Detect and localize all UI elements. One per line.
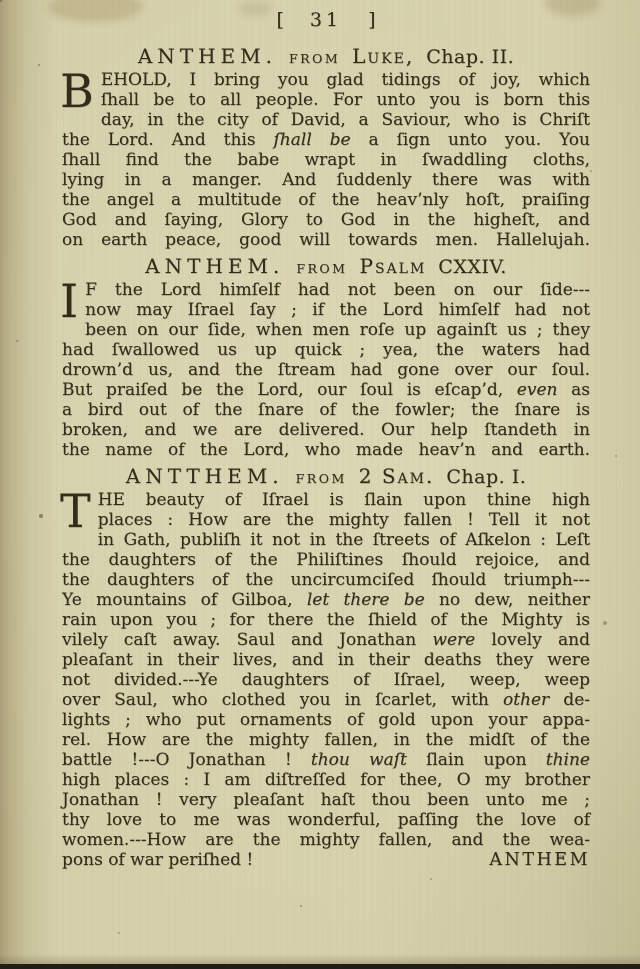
anthem-section-psalm: ANTHEM. FROM Psalm CXXIV. IF the Lord hi…	[62, 254, 590, 460]
book-page-scan: [31] ANTHEM. FROM Luke, Chap. II. BEHOLD…	[0, 0, 640, 969]
final-line-with-catchword: pons of war periſhed ! ANTHEM	[62, 850, 590, 870]
text-line: on earth peace, good will towards men. H…	[62, 230, 590, 250]
text-line: the daughters of the uncircumciſed ſhoul…	[62, 570, 590, 590]
text-line: Ye mountains of Gilboa, let there be no …	[62, 590, 590, 610]
anthem-text-psalm: IF the Lord himſelf had not been on our …	[62, 280, 590, 460]
text-line: Jonathan ! very pleaſant haſt thou been …	[62, 790, 590, 810]
text-segment: pleaſant in their lives, and in their de…	[62, 650, 590, 670]
text-line: thy love to me was wonderful, paſſing th…	[62, 810, 590, 830]
text-line: battle !---O Jonathan ! thou waſt ſlain …	[62, 750, 590, 770]
text-line: lying in a manger. And ſuddenly there wa…	[62, 170, 590, 190]
heading-source-book: 2 Sam.	[359, 464, 435, 488]
heading-source-book: Luke,	[352, 44, 414, 68]
text-segment: rel. How are the mighty fallen, in the m…	[62, 730, 590, 750]
text-line: But praiſed be the Lord, our ſoul is eſc…	[62, 380, 590, 400]
text-line: ſhall be to all people. For unto you is …	[62, 90, 590, 110]
text-segment: thy love to me was wonderful, paſſing th…	[62, 810, 590, 830]
text-segment: now may Iſrael ſay ; if the Lord himſelf…	[85, 300, 590, 320]
text-segment: ſhall be	[274, 130, 351, 150]
text-segment: let there be	[307, 590, 425, 610]
text-segment: lights ; who put ornaments of gold upon …	[62, 710, 590, 730]
text-line: drown’d us, and the ſtream had gone over…	[62, 360, 590, 380]
text-segment: had ſwallowed us up quick ; yea, the wat…	[62, 340, 590, 360]
page-number-header: [31]	[62, 8, 590, 32]
text-segment: de-	[549, 690, 590, 710]
text-segment: pons of war periſhed !	[62, 850, 253, 870]
text-segment: But praiſed be the Lord, our ſoul is eſc…	[62, 380, 517, 400]
text-segment: no dew, neither	[425, 590, 590, 610]
text-line: not divided.---Ye daughters of Iſrael, w…	[62, 670, 590, 690]
heading-chapter: Chap. I.	[446, 465, 526, 489]
text-segment: in Gath, publiſh it not in the ſtreets o…	[98, 530, 590, 550]
text-segment: a ſign unto you. You	[351, 130, 590, 150]
text-line: a bird out of the ſnare of the fowler; t…	[62, 400, 590, 420]
heading-word-from: FROM	[289, 47, 340, 71]
heading-source-book: Psalm	[359, 254, 426, 278]
text-segment: vilely caſt away. Saul and Jonathan	[62, 630, 432, 650]
text-segment: a bird out of the ſnare of the fowler; t…	[62, 400, 590, 420]
text-segment: rain upon you ; for there the ſhield of …	[62, 610, 590, 630]
folio-bracket-close: ]	[368, 9, 375, 31]
text-line: places : How are the mighty fallen ! Tel…	[62, 510, 590, 530]
text-segment: drown’d us, and the ſtream had gone over…	[62, 360, 590, 380]
text-segment: lying in a manger. And ſuddenly there wa…	[62, 170, 590, 190]
text-line: pleaſant in their lives, and in their de…	[62, 650, 590, 670]
text-line: God and ſaying, Glory to God in the high…	[62, 210, 590, 230]
text-segment: God and ſaying, Glory to God in the high…	[62, 210, 590, 230]
heading-word-anthem: ANTTHEM.	[126, 464, 284, 488]
text-line: in Gath, publiſh it not in the ſtreets o…	[62, 530, 590, 550]
text-line: the name of the Lord, who made heav’n an…	[62, 440, 590, 460]
text-segment: the angel a multitude of the heav’nly ho…	[62, 190, 590, 210]
text-segment: the name of the Lord, who made heav’n an…	[62, 440, 590, 460]
text-segment: were	[432, 630, 475, 650]
text-segment: places : How are the mighty fallen ! Tel…	[98, 510, 590, 530]
text-segment: Ye mountains of Gilboa,	[62, 590, 307, 610]
text-line: HE beauty of Iſrael is ſlain upon thine …	[62, 490, 590, 510]
heading-word-anthem: ANTHEM.	[138, 44, 277, 68]
text-segment: ſhall be to all people. For unto you is …	[101, 90, 590, 110]
drop-cap: T	[60, 490, 98, 533]
text-segment: lovely and	[475, 630, 590, 650]
text-segment: thou waſt	[311, 750, 407, 770]
text-line: women.---How are the mighty fallen, and …	[62, 830, 590, 850]
text-segment: Jonathan ! very pleaſant haſt thou been …	[62, 790, 590, 810]
folio-number: 31	[310, 9, 342, 31]
heading-word-from: FROM	[296, 257, 347, 281]
text-line: lights ; who put ornaments of gold upon …	[62, 710, 590, 730]
text-segment: the Lord. And this	[62, 130, 274, 150]
heading-chapter: CXXIV.	[438, 255, 507, 279]
drop-cap: I	[60, 280, 85, 323]
text-segment: thine	[546, 750, 590, 770]
text-segment: other	[503, 690, 549, 710]
anthem-heading-psalm: ANTHEM. FROM Psalm CXXIV.	[62, 254, 590, 278]
text-line: vilely caſt away. Saul and Jonathan were…	[62, 630, 590, 650]
text-segment: been on our ſide, when men roſe up again…	[85, 320, 590, 340]
anthem-text-luke: BEHOLD, I bring you glad tidings of joy,…	[62, 70, 590, 250]
text-segment: ſhall find the babe wrapt in ſwaddling c…	[62, 150, 590, 170]
heading-word-anthem: ANTHEM.	[145, 254, 284, 278]
text-line: day, in the city of David, a Saviour, wh…	[62, 110, 590, 130]
paper-specks	[0, 0, 2, 2]
text-line: the Lord. And this ſhall be a ſign unto …	[62, 130, 590, 150]
text-segment: not divided.---Ye daughters of Iſrael, w…	[62, 670, 590, 690]
page-bottom-edge	[0, 964, 640, 969]
text-segment: on earth peace, good will towards men. H…	[62, 230, 590, 250]
text-segment: EHOLD, I bring you glad tidings of joy, …	[101, 70, 590, 90]
text-segment: women.---How are the mighty fallen, and …	[62, 830, 590, 850]
text-segment: the daughters of the uncircumciſed ſhoul…	[62, 570, 590, 590]
text-block: [31] ANTHEM. FROM Luke, Chap. II. BEHOLD…	[62, 8, 590, 870]
anthem-text-samuel: THE beauty of Iſrael is ſlain upon thine…	[62, 490, 590, 850]
text-segment: over Saul, who clothed you in ſcarlet, w…	[62, 690, 503, 710]
text-line: rain upon you ; for there the ſhield of …	[62, 610, 590, 630]
text-line: the angel a multitude of the heav’nly ho…	[62, 190, 590, 210]
text-line: rel. How are the mighty fallen, in the m…	[62, 730, 590, 750]
text-segment: the daughters of the Philiſtines ſhould …	[62, 550, 590, 570]
drop-cap: B	[60, 70, 101, 113]
text-segment: even	[517, 380, 558, 400]
text-line: EHOLD, I bring you glad tidings of joy, …	[62, 70, 590, 90]
text-segment: high places : I am diſtreſſed for thee, …	[62, 770, 590, 790]
text-line: over Saul, who clothed you in ſcarlet, w…	[62, 690, 590, 710]
text-line: F the Lord himſelf had not been on our ſ…	[62, 280, 590, 300]
text-segment: as	[557, 380, 590, 400]
text-segment: day, in the city of David, a Saviour, wh…	[101, 110, 590, 130]
page-bottom-shadow	[0, 954, 640, 964]
text-line: now may Iſrael ſay ; if the Lord himſelf…	[62, 300, 590, 320]
heading-word-from: FROM	[296, 467, 347, 491]
text-segment: F the Lord himſelf had not been on our ſ…	[85, 280, 590, 300]
text-line: broken, and we are delivered. Our help ſ…	[62, 420, 590, 440]
text-segment: ſlain upon	[407, 750, 546, 770]
anthem-heading-samuel: ANTTHEM. FROM 2 Sam. Chap. I.	[62, 464, 590, 488]
text-segment: broken, and we are delivered. Our help ſ…	[62, 420, 590, 440]
text-segment: HE beauty of Iſrael is ſlain upon thine …	[98, 490, 590, 510]
catchword: ANTHEM	[489, 850, 590, 870]
text-line: ſhall find the babe wrapt in ſwaddling c…	[62, 150, 590, 170]
text-line: high places : I am diſtreſſed for thee, …	[62, 770, 590, 790]
text-line: the daughters of the Philiſtines ſhould …	[62, 550, 590, 570]
anthem-section-luke: ANTHEM. FROM Luke, Chap. II. BEHOLD, I b…	[62, 44, 590, 250]
text-line: had ſwallowed us up quick ; yea, the wat…	[62, 340, 590, 360]
folio-bracket-open: [	[276, 9, 283, 31]
anthem-heading-luke: ANTHEM. FROM Luke, Chap. II.	[62, 44, 590, 68]
text-segment: battle !---O Jonathan !	[62, 750, 311, 770]
heading-chapter: Chap. II.	[426, 45, 514, 69]
anthem-section-samuel: ANTTHEM. FROM 2 Sam. Chap. I. THE beauty…	[62, 464, 590, 870]
text-line: been on our ſide, when men roſe up again…	[62, 320, 590, 340]
